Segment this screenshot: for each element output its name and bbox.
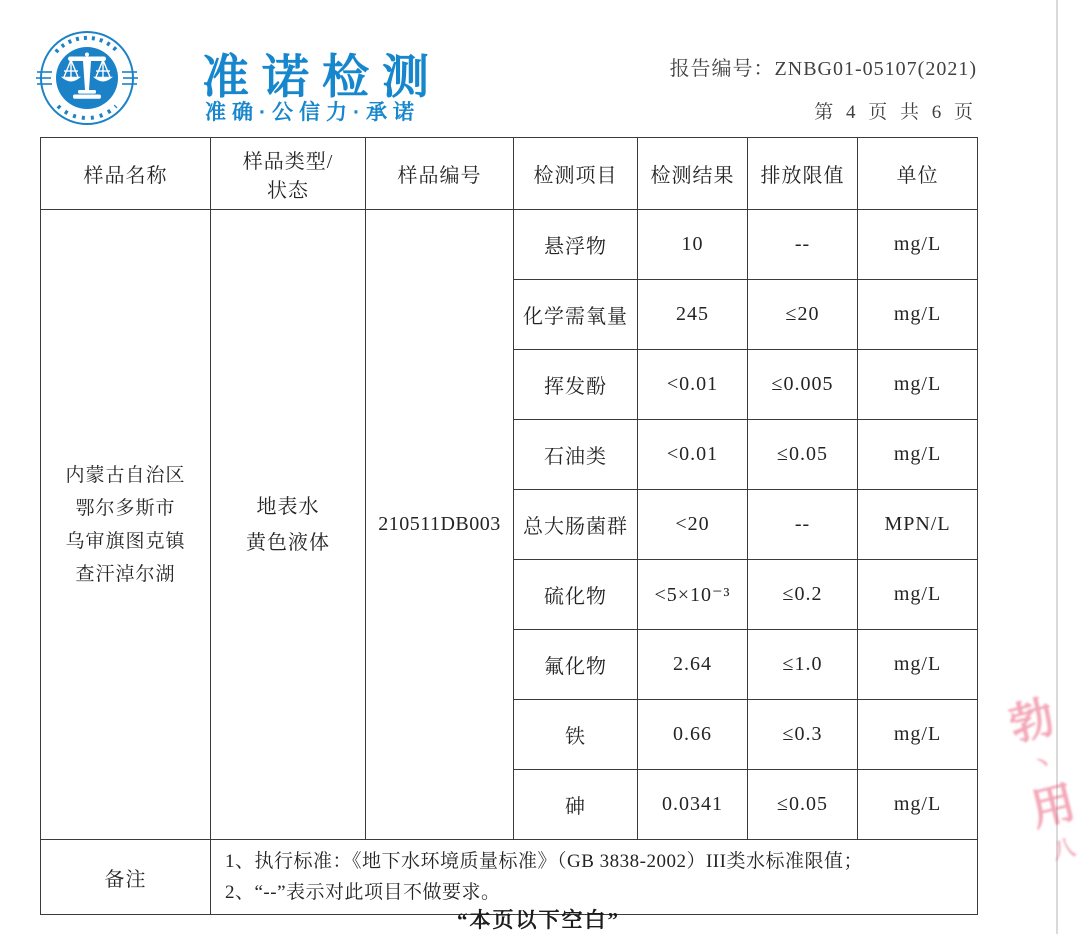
unit: mg/L <box>858 350 978 420</box>
emission-limit: -- <box>748 210 858 280</box>
col-header-sample-name: 样品名称 <box>41 138 211 210</box>
page-edge-line <box>1056 0 1058 934</box>
col-header-sample-type-line1: 样品类型/ <box>211 145 365 174</box>
test-result: 245 <box>638 280 748 350</box>
sample-name-cell: 内蒙古自治区 鄂尔多斯市 乌审旗图克镇 查汗淖尔湖 <box>41 210 211 840</box>
col-header-test-result: 检测结果 <box>638 138 748 210</box>
page-footer-note: “本页以下空白” <box>70 904 1007 934</box>
report-meta: 报告编号：ZNBG01-05107(2021) 第 4 页 共 6 页 <box>670 52 977 124</box>
report-number: 报告编号：ZNBG01-05107(2021) <box>670 52 977 81</box>
test-result: 0.66 <box>638 700 748 770</box>
emission-limit: ≤0.3 <box>748 700 858 770</box>
sample-type-cell: 地表水 黄色液体 <box>211 210 366 840</box>
test-result: 10 <box>638 210 748 280</box>
scanned-report-page: { "header": { "logo": { "title": "准诺检测",… <box>0 0 1080 934</box>
sample-name-line: 鄂尔多斯市 <box>41 492 210 525</box>
table-row: 内蒙古自治区 鄂尔多斯市 乌审旗图克镇 查汗淖尔湖 地表水 黄色液体 21051… <box>41 210 978 280</box>
stamp-glyph: 丶 <box>1000 740 1080 788</box>
unit: mg/L <box>858 280 978 350</box>
col-header-sample-type-line2: 状态 <box>211 174 365 203</box>
unit: mg/L <box>858 700 978 770</box>
stamp-glyph: 用 <box>1007 769 1080 845</box>
col-header-sample-type: 样品类型/ 状态 <box>211 138 366 210</box>
stamp-glyph: 勃 <box>986 684 1078 760</box>
unit: mg/L <box>858 420 978 490</box>
table-header-row: 样品名称 样品类型/ 状态 样品编号 检测项目 检测结果 排放限值 单位 <box>41 138 978 210</box>
test-item: 硫化物 <box>514 560 638 630</box>
unit: mg/L <box>858 630 978 700</box>
emission-limit: -- <box>748 490 858 560</box>
test-item: 化学需氧量 <box>514 280 638 350</box>
test-item: 铁 <box>514 700 638 770</box>
scales-of-justice-icon <box>36 28 138 128</box>
unit: mg/L <box>858 210 978 280</box>
stamp-glyph: 八 <box>1021 826 1080 874</box>
company-slogan: 准确·公信力·承诺 <box>205 96 420 126</box>
emission-limit: ≤0.05 <box>748 420 858 490</box>
sample-name-line: 查汗淖尔湖 <box>41 558 210 591</box>
test-result: <0.01 <box>638 350 748 420</box>
emission-limit: ≤0.005 <box>748 350 858 420</box>
test-result: <20 <box>638 490 748 560</box>
sample-name-line: 乌审旗图克镇 <box>41 525 210 558</box>
sample-type-line: 黄色液体 <box>211 525 365 561</box>
page-indicator: 第 4 页 共 6 页 <box>670 97 977 124</box>
sample-type-line: 地表水 <box>211 489 365 525</box>
test-result: 0.0341 <box>638 770 748 840</box>
test-item: 挥发酚 <box>514 350 638 420</box>
test-item: 砷 <box>514 770 638 840</box>
unit: mg/L <box>858 770 978 840</box>
unit: MPN/L <box>858 490 978 560</box>
sample-code-cell: 210511DB003 <box>366 210 514 840</box>
remarks-line-1: 1、执行标准：《地下水环境质量标准》（GB 3838-2002）III类水标准限… <box>225 846 967 877</box>
company-logo <box>36 28 138 128</box>
emission-limit: ≤1.0 <box>748 630 858 700</box>
test-item: 氟化物 <box>514 630 638 700</box>
col-header-unit: 单位 <box>858 138 978 210</box>
col-header-limit: 排放限值 <box>748 138 858 210</box>
test-result: 2.64 <box>638 630 748 700</box>
col-header-sample-code: 样品编号 <box>366 138 514 210</box>
test-results-table: 样品名称 样品类型/ 状态 样品编号 检测项目 检测结果 排放限值 单位 内蒙古… <box>40 137 978 915</box>
test-result: <0.01 <box>638 420 748 490</box>
red-stamp-fragment: 勃 丶 用 八 <box>986 684 1080 934</box>
emission-limit: ≤0.2 <box>748 560 858 630</box>
emission-limit: ≤20 <box>748 280 858 350</box>
unit: mg/L <box>858 560 978 630</box>
sample-name-line: 内蒙古自治区 <box>41 459 210 492</box>
test-result: <5×10⁻³ <box>638 560 748 630</box>
emission-limit: ≤0.05 <box>748 770 858 840</box>
test-item: 悬浮物 <box>514 210 638 280</box>
col-header-test-item: 检测项目 <box>514 138 638 210</box>
test-item: 石油类 <box>514 420 638 490</box>
test-item: 总大肠菌群 <box>514 490 638 560</box>
